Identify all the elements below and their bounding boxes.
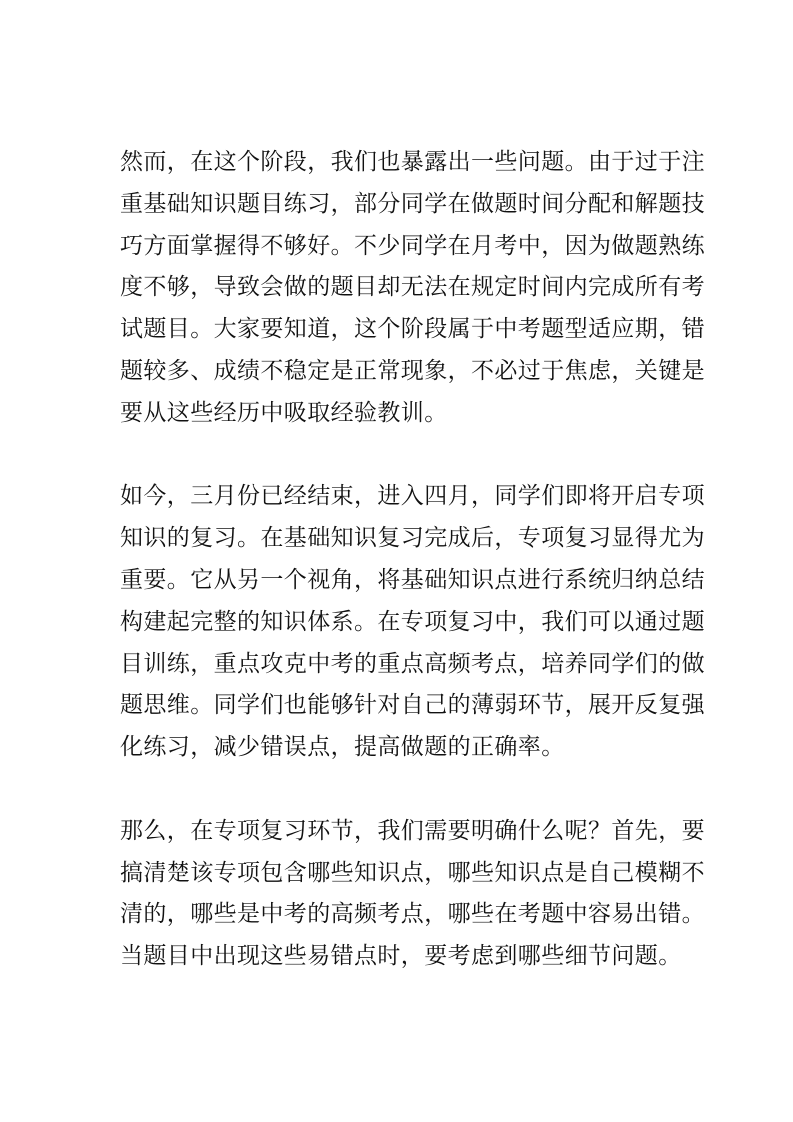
text-line: 题思维。同学们也能够针对自己的薄弱环节，展开反复强: [120, 685, 676, 727]
text-line: 搞清楚该专项包含哪些知识点，哪些知识点是自己模糊不: [120, 853, 676, 895]
text-line: 知识的复习。在基础知识复习完成后，专项复习显得尤为: [120, 518, 676, 560]
text-line: 题较多、成绩不稳定是正常现象，不必过于焦虑，关键是: [120, 351, 676, 393]
text-line: 度不够，导致会做的题目却无法在规定时间内完成所有考: [120, 267, 676, 309]
paragraph-special-review: 如今，三月份已经结束，进入四月，同学们即将开启专项 知识的复习。在基础知识复习完…: [120, 476, 676, 769]
document-page: 然而，在这个阶段，我们也暴露出一些问题。由于过于注 重基础知识题目练习，部分同学…: [120, 142, 676, 1020]
text-line: 重基础知识题目练习，部分同学在做题时间分配和解题技: [120, 184, 676, 226]
text-line: 重要。它从另一个视角，将基础知识点进行系统归纳总结: [120, 560, 676, 602]
text-line: 目训练，重点攻克中考的重点高频考点，培养同学们的做: [120, 644, 676, 686]
text-line: 当题目中出现这些易错点时，要考虑到哪些细节问题。: [120, 936, 676, 978]
text-line: 那么，在专项复习环节，我们需要明确什么呢？首先，要: [120, 811, 676, 853]
text-line: 如今，三月份已经结束，进入四月，同学们即将开启专项: [120, 476, 676, 518]
text-line: 然而，在这个阶段，我们也暴露出一些问题。由于过于注: [120, 142, 676, 184]
text-line: 构建起完整的知识体系。在专项复习中，我们可以通过题: [120, 602, 676, 644]
paragraph-review-goals: 那么，在专项复习环节，我们需要明确什么呢？首先，要 搞清楚该专项包含哪些知识点，…: [120, 811, 676, 978]
text-line: 化练习，减少错误点，提高做题的正确率。: [120, 727, 676, 769]
text-line: 清的，哪些是中考的高频考点，哪些在考题中容易出错。: [120, 894, 676, 936]
text-line: 巧方面掌握得不够好。不少同学在月考中，因为做题熟练: [120, 226, 676, 268]
text-line: 试题目。大家要知道，这个阶段属于中考题型适应期，错: [120, 309, 676, 351]
text-line: 要从这些经历中吸取经验教训。: [120, 393, 676, 435]
paragraph-exam-problems: 然而，在这个阶段，我们也暴露出一些问题。由于过于注 重基础知识题目练习，部分同学…: [120, 142, 676, 435]
